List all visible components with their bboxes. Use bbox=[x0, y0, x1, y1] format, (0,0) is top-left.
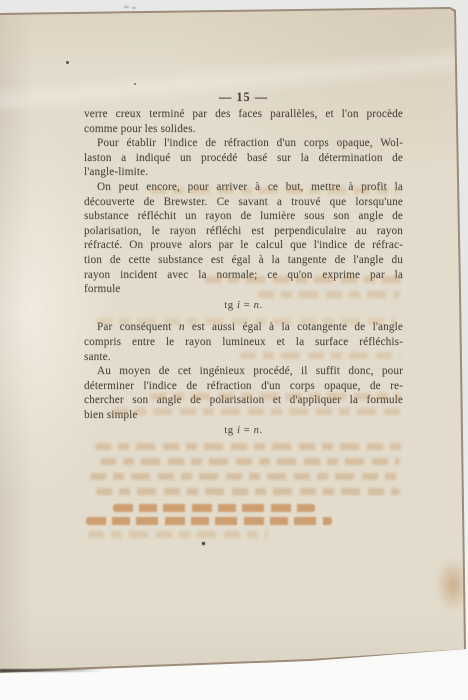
bleedthrough-text bbox=[96, 488, 400, 495]
bleedthrough-text bbox=[112, 408, 400, 415]
text-line: substance réfléchit un rayon de lumière … bbox=[84, 209, 403, 224]
text-line: déterminer l'indice de réfraction d'un c… bbox=[84, 379, 403, 394]
text-line: comme pour les solides. bbox=[84, 122, 403, 137]
text-line: tion de cette substance est égal à la ta… bbox=[84, 253, 403, 268]
bleedthrough-text bbox=[240, 352, 400, 359]
bleedthrough-text bbox=[205, 276, 401, 283]
paragraph: verre creux terminé par des faces parall… bbox=[84, 107, 403, 136]
text-line: Au moyen de cet ingénieux procédé, il su… bbox=[84, 364, 403, 379]
bleedthrough-text bbox=[96, 318, 396, 325]
paper-speck bbox=[66, 61, 69, 64]
formula-tangent-1: tg i = n. bbox=[84, 299, 403, 314]
bleedthrough-text bbox=[86, 517, 332, 525]
paper-speck bbox=[134, 83, 136, 85]
bleedthrough-text bbox=[258, 291, 400, 298]
scanner-band-mark bbox=[124, 6, 129, 8]
text-line: verre creux terminé par des faces parall… bbox=[84, 107, 403, 122]
paper-speck bbox=[202, 542, 205, 545]
bleedthrough-text bbox=[150, 187, 400, 194]
bleedthrough-text bbox=[88, 531, 268, 538]
bleedthrough-text bbox=[95, 443, 403, 450]
bleedthrough-text bbox=[100, 458, 400, 465]
text-line: réfracté. On prouve alors par le calcul … bbox=[84, 238, 403, 253]
bleedthrough-text bbox=[150, 393, 400, 400]
text-line: découverte de Brewster. Ce savant a trou… bbox=[84, 195, 403, 210]
formula-tangent-2: tg i = n. bbox=[84, 424, 403, 439]
book-scan-photo: — 15 — verre creux terminé par des faces… bbox=[0, 0, 468, 700]
paragraph: Pour établir l'indice de réfraction d'un… bbox=[84, 136, 403, 180]
bleedthrough-text bbox=[90, 473, 400, 480]
page-number: — 15 — bbox=[84, 90, 403, 107]
page-bottom-shadow bbox=[0, 669, 104, 672]
scanner-band-mark bbox=[132, 7, 136, 9]
text-line: l'angle-limite. bbox=[84, 165, 403, 180]
bleedthrough-text bbox=[113, 504, 315, 512]
text-line: laston a indiqué un procédé basé sur la … bbox=[84, 151, 403, 166]
book-page: — 15 — verre creux terminé par des faces… bbox=[0, 0, 468, 700]
text-line: Pour établir l'indice de réfraction d'un… bbox=[84, 136, 403, 151]
text-line: polarisation, le rayon réfléchi est perp… bbox=[84, 224, 403, 239]
text-line: compris entre le rayon lumineux et la su… bbox=[84, 335, 403, 350]
